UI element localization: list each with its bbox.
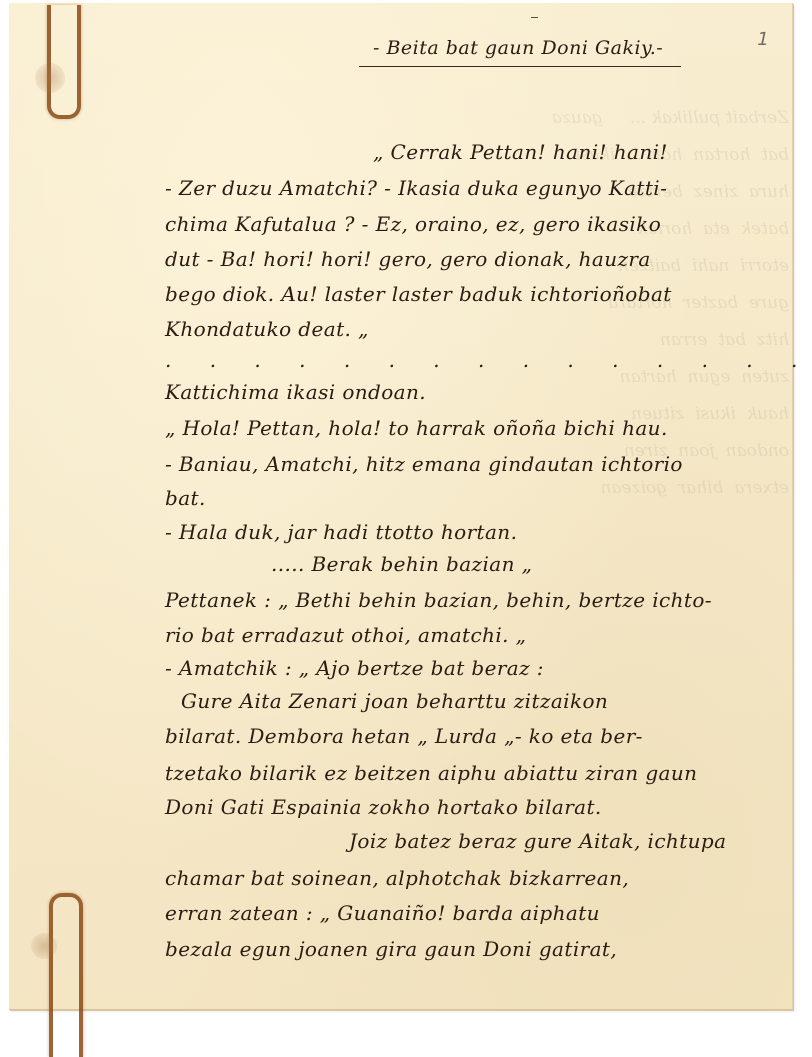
text-line-21: chamar bat soinean, alphotchak bizkarrea…: [165, 866, 629, 890]
text-line-10: bat.: [165, 486, 206, 510]
text-line-19: Doni Gati Espainia zokho hortako bilarat…: [165, 795, 602, 819]
text-line-7: Kattichima ikasi ondoan.: [165, 380, 426, 404]
text-line-9: - Baniau, Amatchi, hitz emana gindautan …: [165, 452, 683, 476]
text-line-18: tzetako bilarik ez beitzen aiphu abiattu…: [165, 761, 697, 785]
text-line-6: Khondatuko deat. „: [165, 317, 369, 341]
text-line-12: ..... Berak behin bazian „: [271, 552, 532, 576]
text-line-17: bilarat. Dembora hetan „ Lurda „- ko eta…: [165, 724, 643, 748]
text-line-3: chima Kafutalua ? - Ez, oraino, ez, gero…: [165, 212, 661, 236]
dotted-separator: . . . . . . . . . . . . . . . . . . . . …: [165, 348, 812, 372]
rust-spot: [31, 933, 57, 959]
text-line-13: Pettanek : „ Bethi behin bazian, behin, …: [165, 588, 712, 612]
text-line-16: Gure Aita Zenari joan beharttu zitzaikon: [181, 689, 608, 713]
rust-spot: [35, 63, 65, 93]
text-line-4: dut - Ba! hori! hori! gero, gero dionak,…: [165, 247, 651, 271]
text-line-5: bego diok. Au! laster laster baduk ichto…: [165, 282, 672, 306]
title-underline: [359, 66, 681, 67]
text-line-14: rio bat erradazut othoi, amatchi. „: [165, 623, 526, 647]
text-line-23: bezala egun joanen gira gaun Doni gatira…: [165, 937, 617, 961]
text-line-15: - Amatchik : „ Ajo bertze bat beraz :: [165, 656, 544, 680]
text-line-8: „ Hola! Pettan, hola! to harrak oñoña bi…: [165, 416, 668, 440]
paperclip-rust-stain-top: [47, 5, 81, 119]
text-line-11: - Hala duk, jar hadi ttotto hortan.: [165, 520, 517, 544]
text-line-22: erran zatean : „ Guanaiño! barda aiphatu: [165, 901, 600, 925]
text-line-2: - Zer duzu Amatchi? - Ikasia duka egunyo…: [165, 176, 667, 200]
document-title: - Beita bat gaun Doni Gakiy.-: [373, 37, 663, 59]
page-number: 1: [755, 29, 771, 50]
text-line-20: Joiz batez beraz gure Aitak, ichtupa: [349, 829, 726, 853]
text-line-1: „ Cerrak Pettan! hani! hani!: [373, 140, 668, 164]
pencil-mark: [531, 17, 538, 18]
paperclip-rust-stain-bottom: [49, 893, 83, 1024]
manuscript-page: Zerbait pullikak ... gauza bat hortan ho…: [9, 3, 793, 1010]
